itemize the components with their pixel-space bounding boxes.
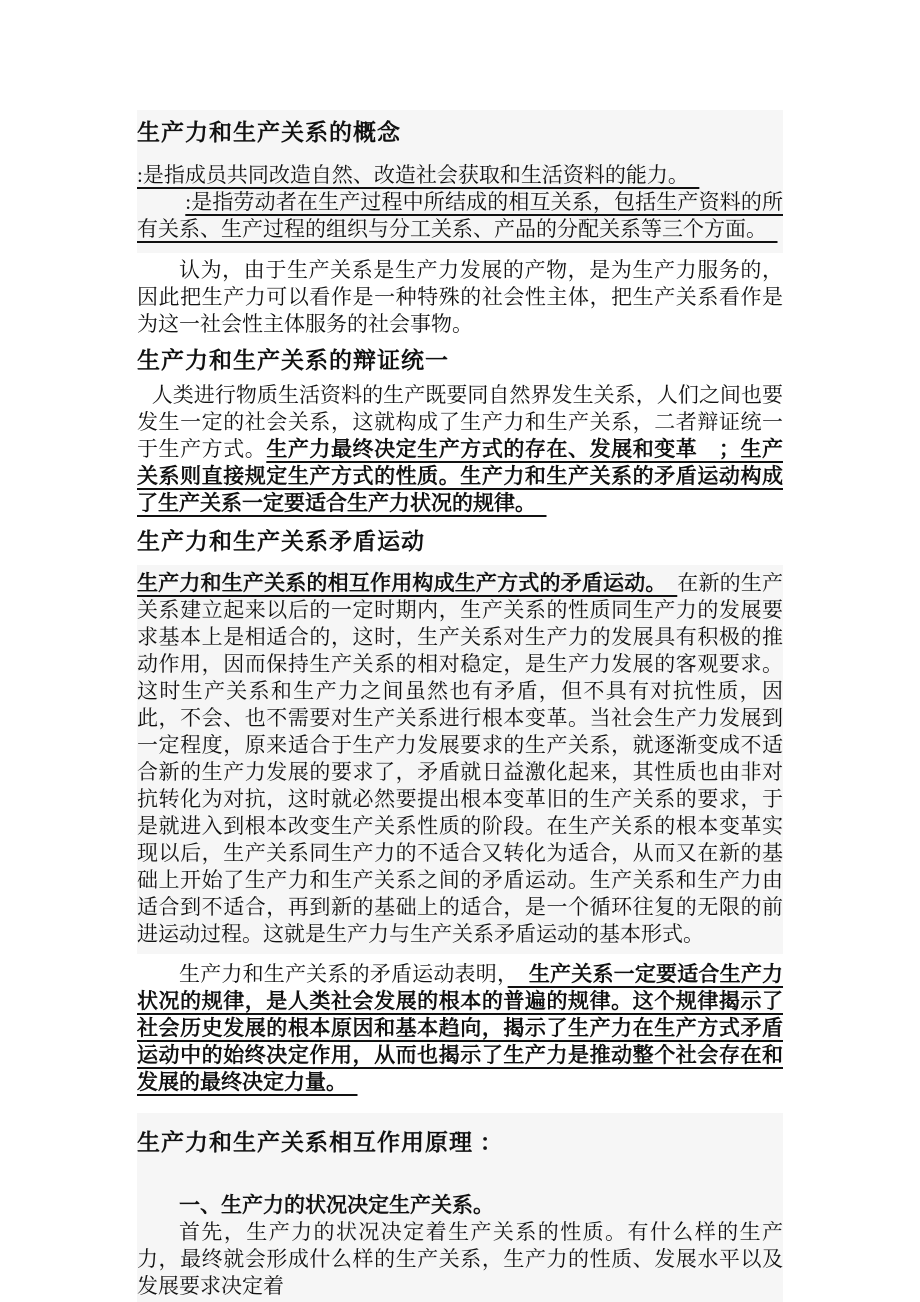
section-concept: 生产力和生产关系的概念 :是指成员共同改造自然、改造社会获取和生活资料的能力。 … — [137, 110, 783, 253]
unity-paragraph: 人类进行物质生活资料的生产既要同自然界发生关系，人们之间也要发生一定的社会关系，… — [137, 382, 783, 517]
definition-productive-forces: :是指成员共同改造自然、改造社会获取和生活资料的能力。 — [137, 162, 783, 189]
movement-block: 生产力和生产关系的相互作用构成生产方式的矛盾运动。 在新的生产关系建立起来以后的… — [137, 565, 783, 954]
principle-point1-title: 一、生产力的状况决定生产关系。 — [137, 1192, 783, 1219]
movement-paragraph: 生产力和生产关系的相互作用构成生产方式的矛盾运动。 在新的生产关系建立起来以后的… — [137, 570, 783, 948]
movement-lead-emphasis: 生产力和生产关系的相互作用构成生产方式的矛盾运动。 — [137, 571, 677, 595]
movement-body-text: 在新的生产关系建立起来以后的一定时期内，生产关系的性质同生产力的发展要求基本上是… — [137, 571, 783, 946]
movement-summary-regular: 生产力和生产关系的矛盾运动表明， — [179, 962, 508, 986]
concept-heading: 生产力和生产关系的概念 — [137, 118, 783, 148]
definition-production-relations: :是指劳动者在生产过程中所结成的相互关系，包括生产资料的所有关系、生产过程的组织… — [137, 189, 783, 243]
movement-summary-paragraph: 生产力和生产关系的矛盾运动表明， 生产关系一定要适合生产力状况的规律，是人类社会… — [137, 961, 783, 1096]
principle-point1-body: 首先，生产力的状况决定着生产关系的性质。有什么样的生产力，最终就会形成什么样的生… — [137, 1219, 783, 1300]
principle-heading: 生产力和生产关系相互作用原理 ： — [137, 1128, 783, 1158]
view-paragraph: 认为，由于生产关系是生产力发展的产物，是为生产力服务的，因此把生产力可以看作是一… — [137, 257, 783, 338]
movement-heading: 生产力和生产关系矛盾运动 — [137, 527, 783, 557]
definition-productive-forces-text: :是指成员共同改造自然、改造社会获取和生活资料的能力。 — [137, 163, 699, 187]
definition-production-relations-text: :是指劳动者在生产过程中所结成的相互关系，包括生产资料的所有关系、生产过程的组织… — [137, 190, 783, 241]
section-principle: 生产力和生产关系相互作用原理 ： 一、生产力的状况决定生产关系。 首先，生产力的… — [137, 1113, 783, 1302]
document-page: 生产力和生产关系的概念 :是指成员共同改造自然、改造社会获取和生活资料的能力。 … — [0, 0, 920, 1302]
unity-heading: 生产力和生产关系的辩证统一 — [137, 346, 783, 376]
